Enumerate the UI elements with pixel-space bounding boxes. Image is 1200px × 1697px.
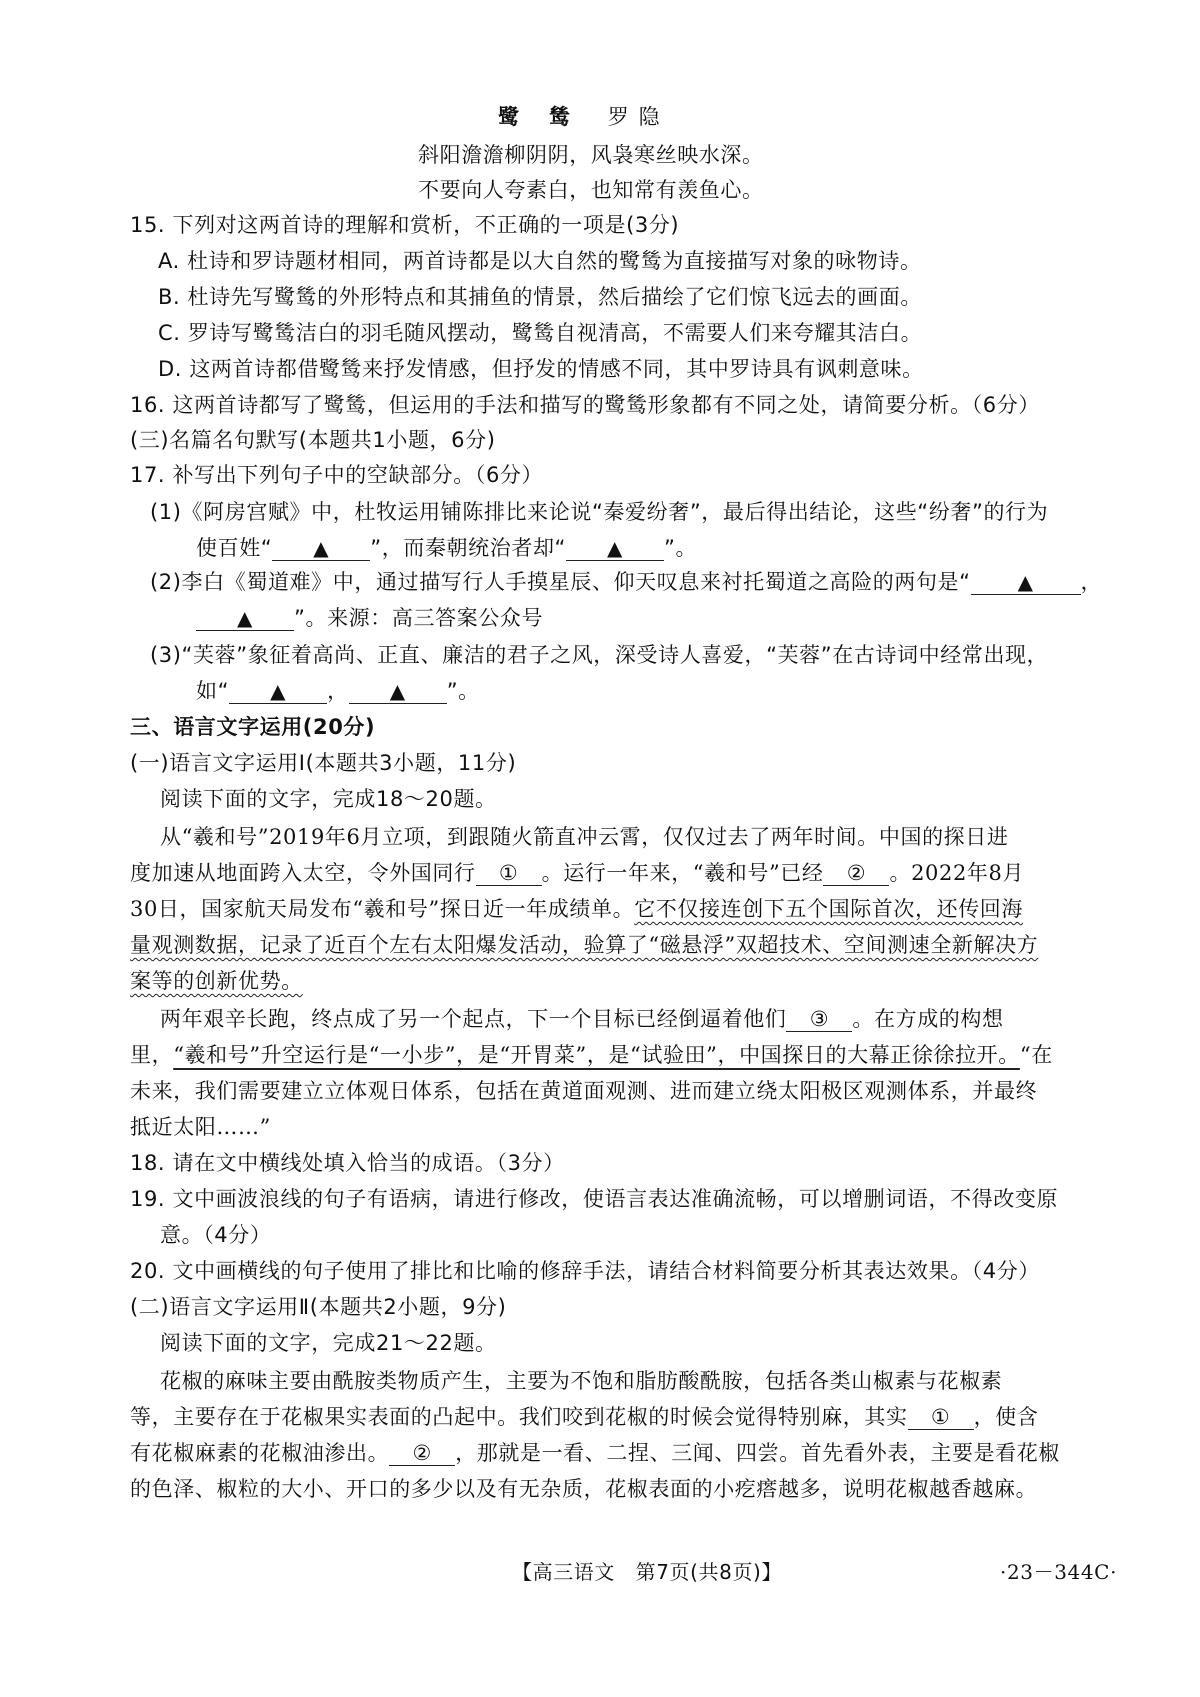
q15-option-a: A. 杜诗和罗诗题材相同，两首诗都是以大自然的鹭鸶为直接描写对象的咏物诗。: [158, 246, 922, 276]
answer-blank[interactable]: ▲: [349, 679, 447, 704]
answer-blank[interactable]: ▲: [196, 606, 294, 631]
poem-line-2: 不要向人夸素白，也知常有羡鱼心。: [418, 175, 764, 205]
answer-blank[interactable]: ▲: [229, 679, 327, 704]
question-18: 18. 请在文中横线处填入恰当的成语。（3分）: [130, 1148, 565, 1178]
exam-page: 鹭鸶 罗隐 斜阳澹澹柳阴阴，风袅寒丝映水深。 不要向人夸素白，也知常有羡鱼心。 …: [0, 0, 1200, 1697]
question-17-stem: 17. 补写出下列句子中的空缺部分。（6分）: [130, 460, 543, 490]
wavy-underlined-sentence: 量观测数据，记录了近百个左右太阳爆发活动，验算了“磁悬浮”双超技术、空间测速全新…: [130, 933, 1038, 957]
section-heading-recitation: (三)名篇名句默写(本题共1小题，6分): [130, 425, 496, 455]
poem-author: 罗隐: [608, 105, 670, 129]
subsection-1-heading: (一)语言文字运用Ⅰ(本题共3小题，11分): [130, 748, 516, 778]
fill-blank-2[interactable]: ②: [823, 861, 889, 886]
passage2-line4: 的色泽、椒粒的大小、开口的多少以及有无杂质，花椒表面的小疙瘩越多，说明花椒越香越…: [130, 1474, 1037, 1504]
passage1-line4: 量观测数据，记录了近百个左右太阳爆发活动，验算了“磁悬浮”双超技术、空间测速全新…: [130, 930, 1038, 960]
q17-part3-line1: (3)“芙蓉”象征着高尚、正直、廉洁的君子之风，深受诗人喜爱，“芙蓉”在古诗词中…: [150, 640, 1048, 670]
poem-title-block: 鹭鸶 罗隐: [498, 102, 670, 132]
question-19-line2: 意。（4分）: [160, 1220, 271, 1250]
answer-blank[interactable]: ▲: [971, 570, 1081, 595]
q15-option-d: D. 这两首诗都借鹭鸶来抒发情感，但抒发的情感不同，其中罗诗具有讽刺意味。: [158, 354, 924, 384]
wavy-underlined-sentence: 案等的创新优势。: [130, 969, 303, 993]
q17-part1-line1: (1)《阿房宫赋》中，杜牧运用铺陈排比来论说“秦爱纷奢”，最后得出结论，这些“纷…: [150, 497, 1048, 527]
answer-blank[interactable]: ▲: [566, 536, 664, 561]
passage2-line2: 等，主要存在于花椒果实表面的凸起中。我们咬到花椒的时候会觉得特别麻，其实①，使含: [130, 1402, 1038, 1432]
page-footer-label: 【高三语文 第7页(共8页)】: [512, 1557, 782, 1587]
passage1-line2: 度加速从地面跨入太空，令外国同行①。运行一年来，“羲和号”已经②。2022年8月: [130, 858, 1024, 888]
q17-part3-line2: 如“▲，▲”。: [196, 676, 480, 706]
part-3-heading: 三、语言文字运用(20分): [130, 712, 375, 742]
fill-blank-2[interactable]: ②: [389, 1441, 455, 1466]
passage2-line1: 花椒的麻味主要由酰胺类物质产生，主要为不饱和脂肪酸酰胺，包括各类山椒素与花椒素: [160, 1366, 1002, 1396]
poem-title: 鹭鸶: [498, 104, 600, 129]
question-16-stem: 16. 这两首诗都写了鹭鸶，但运用的手法和描写的鹭鸶形象都有不同之处，请简要分析…: [130, 390, 1040, 420]
poem-line-1: 斜阳澹澹柳阴阴，风袅寒丝映水深。: [418, 140, 764, 170]
fill-blank-3[interactable]: ③: [786, 1007, 852, 1032]
wavy-underlined-sentence: 它不仅接连创下五个国际首次，还传回海: [634, 897, 1023, 921]
question-19-line1: 19. 文中画波浪线的句子有语病，请进行修改，使语言表达准确流畅，可以增删词语，…: [130, 1184, 1058, 1214]
passage2-line3: 有花椒麻素的花椒油渗出。②，那就是一看、二捏、三闻、四尝。首先看外表，主要是看花…: [130, 1438, 1060, 1468]
passage1-line8: 未来，我们需要建立立体观日体系，包括在黄道面观测、进而建立绕太阳极区观测体系，并…: [130, 1076, 1037, 1106]
q15-option-c: C. 罗诗写鹭鸶洁白的羽毛随风摆动，鹭鸶自视清高，不需要人们来夸耀其洁白。: [158, 318, 922, 348]
q15-option-b: B. 杜诗先写鹭鸶的外形特点和其捕鱼的情景，然后描绘了它们惊飞远去的画面。: [158, 282, 922, 312]
subsection-1-intro: 阅读下面的文字，完成18～20题。: [160, 784, 497, 814]
straight-underlined-sentence: “羲和号”升空运行是“一小步”，是“开胃菜”，是“试验田”，中国探日的大幕正徐徐…: [173, 1043, 1020, 1067]
passage1-line5: 案等的创新优势。: [130, 966, 303, 996]
question-20: 20. 文中画横线的句子使用了排比和比喻的修辞手法，请结合材料简要分析其表达效果…: [130, 1256, 1040, 1286]
passage1-line1: 从“羲和号”2019年6月立项，到跟随火箭直冲云霄，仅仅过去了两年时间。中国的探…: [160, 822, 1008, 852]
q17-part2-line2: ▲”。来源：高三答案公众号: [196, 603, 543, 633]
q17-part2-line1: (2)李白《蜀道难》中，通过描写行人手摸星辰、仰天叹息来衬托蜀道之高险的两句是“…: [150, 567, 1102, 597]
subsection-2-intro: 阅读下面的文字，完成21～22题。: [160, 1328, 497, 1358]
triangle-marker-icon: ▲: [270, 679, 286, 703]
subsection-2-heading: (二)语言文字运用Ⅱ(本题共2小题，9分): [130, 1292, 506, 1322]
fill-blank-1[interactable]: ①: [476, 861, 542, 886]
triangle-marker-icon: ▲: [390, 679, 406, 703]
exam-code: ·23－344C·: [1000, 1557, 1117, 1587]
triangle-marker-icon: ▲: [1018, 570, 1034, 594]
passage1-line7: 里，“羲和号”升空运行是“一小步”，是“开胃菜”，是“试验田”，中国探日的大幕正…: [130, 1040, 1053, 1070]
answer-blank[interactable]: ▲: [272, 536, 370, 561]
q17-part1-line2: 使百姓“▲”，而秦朝统治者却“▲”。: [196, 533, 697, 563]
triangle-marker-icon: ▲: [237, 606, 253, 630]
fill-blank-1[interactable]: ①: [908, 1405, 974, 1430]
passage1-line6: 两年艰辛长跑，终点成了另一个起点，下一个目标已经倒逼着他们③。在方成的构想: [160, 1004, 1004, 1034]
triangle-marker-icon: ▲: [313, 536, 329, 560]
question-15-stem: 15. 下列对这两首诗的理解和赏析，不正确的一项是(3分): [130, 210, 679, 240]
passage1-line9: 抵近太阳……”: [130, 1112, 271, 1142]
triangle-marker-icon: ▲: [607, 536, 623, 560]
passage1-line3: 30日，国家航天局发布“羲和号”探日近一年成绩单。它不仅接连创下五个国际首次，还…: [130, 894, 1023, 924]
